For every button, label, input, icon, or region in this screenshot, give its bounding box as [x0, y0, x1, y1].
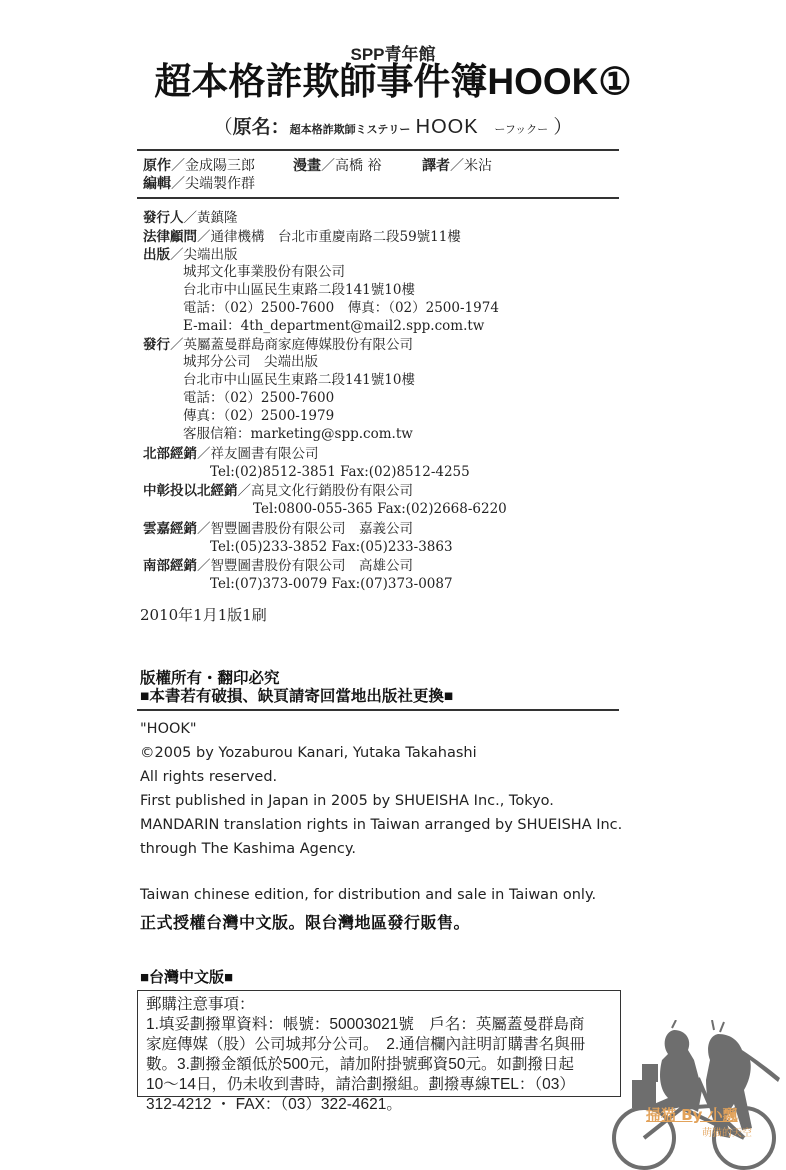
mail-order-line: 郵購注意事項：: [146, 995, 612, 1015]
distribute-line: 發行／英屬蓋曼群島商家庭傳媒股份有限公司: [143, 335, 413, 355]
original-title-hook: HOOK: [416, 116, 479, 138]
distributor-contact: Tel:0800-055-365 Fax:(02)2668-6220: [253, 500, 507, 519]
scanlation-watermark: 掃猫 By 小飄 萌猫的天空: [602, 1020, 786, 1170]
original-title-jp: 超本格詐欺師ミステリー: [290, 124, 411, 136]
credit-label: 漫畫: [293, 157, 321, 173]
distributor-chiayi: 雲嘉經銷／智豐圖書股份有限公司 嘉義公司: [143, 519, 413, 539]
copyright-line: through The Kashima Agency.: [140, 837, 356, 861]
distributor-contact: Tel:(05)233-3852 Fax:(05)233-3863: [210, 538, 453, 557]
distribute-detail: 電話：（02）2500-7600: [183, 389, 334, 408]
bicycle-silhouette-icon: [602, 1020, 786, 1170]
credit-label: 譯者: [422, 157, 450, 173]
original-title: （原名：超本格詐欺師ミステリー HOOK ーフックー ）: [0, 112, 786, 139]
divider: [137, 149, 619, 151]
distributor-south: 南部經銷／智豐圖書股份有限公司 高雄公司: [143, 556, 413, 576]
mail-order-line: 312-4212 ・ FAX：（03）322-4621。: [146, 1095, 612, 1115]
credit-manga: 漫畫／高橋 裕: [293, 156, 381, 175]
mail-order-heading: ■台灣中文版■: [140, 966, 233, 987]
original-title-kana: ーフックー: [494, 124, 548, 136]
distribute-detail: 城邦分公司 尖端出版: [183, 353, 318, 372]
divider: [137, 197, 619, 199]
credit-value: 尖端製作群: [185, 176, 255, 192]
mail-order-line: 數。3.劃撥金額低於500元，請加附掛號郵資50元。如劃撥日起: [146, 1055, 612, 1075]
publish-detail: 台北市中山區民生東路二段141號10樓: [183, 281, 415, 300]
distributor-north: 北部經銷／祥友圖書有限公司: [143, 444, 319, 464]
mail-order-line: 家庭傳媒（股）公司城邦分公司。 2.通信欄內註明訂購書名與冊: [146, 1035, 612, 1055]
credit-label: 編輯: [143, 175, 171, 191]
credit-value: 高橋 裕: [335, 158, 381, 174]
distributor-contact: Tel:(07)373-0079 Fax:(07)373-0087: [210, 575, 453, 594]
credit-label: 原作: [143, 157, 171, 173]
copyright-line: All rights reserved.: [140, 765, 277, 789]
publish-detail: 城邦文化事業股份有限公司: [183, 263, 345, 282]
distributor-central: 中彰投以北經銷／高見文化行銷股份有限公司: [143, 481, 413, 501]
issuer-line: 發行人／黃鎮隆: [143, 208, 238, 228]
divider: [137, 709, 619, 711]
legal-line: 法律顧問／通律機構 台北市重慶南路二段59號11樓: [143, 227, 461, 247]
distribute-email: 客服信箱：marketing@spp.com.tw: [183, 425, 413, 444]
paren-open: （: [214, 117, 233, 138]
mail-order-line: 10～14日，仍未收到書時，請洽劃撥組。劃撥專線TEL：（03）: [146, 1075, 612, 1095]
copyright-line: MANDARIN translation rights in Taiwan ar…: [140, 813, 622, 837]
original-title-label: 原名：: [233, 117, 290, 138]
copyright-line: "HOOK": [140, 717, 197, 741]
copyright-line: ©2005 by Yozaburou Kanari, Yutaka Takaha…: [140, 741, 477, 765]
credit-editor: 編輯／尖端製作群: [143, 174, 255, 193]
credit-translator: 譯者／米沾: [422, 156, 492, 175]
credit-value: 米沾: [464, 158, 492, 174]
taiwan-edition-en: Taiwan chinese edition, for distribution…: [140, 883, 596, 907]
paren-close: ）: [553, 117, 572, 138]
credit-value: 金成陽三郎: [185, 158, 255, 174]
distributor-contact: Tel:(02)8512-3851 Fax:(02)8512-4255: [210, 463, 470, 482]
credit-original: 原作／金成陽三郎: [143, 156, 255, 175]
watermark-credit: 掃猫 By 小飄: [646, 1104, 738, 1125]
publish-detail: 電話：（02）2500-7600 傳真：（02）2500-1974: [183, 299, 499, 318]
watermark-subtitle: 萌猫的天空: [702, 1124, 752, 1139]
edition-date: 2010年1月1版1刷: [140, 606, 267, 625]
mail-order-box: 郵購注意事項： 1.填妥劃撥單資料：帳號：50003021號 戶名：英屬蓋曼群島…: [137, 990, 621, 1097]
distribute-detail: 傳真：（02）2500-1979: [183, 407, 334, 426]
damage-notice: ■本書若有破損、缺頁請寄回當地出版社更換■: [140, 684, 453, 706]
distribute-detail: 台北市中山區民生東路二段141號10樓: [183, 371, 415, 390]
taiwan-edition-zh: 正式授權台灣中文版。限台灣地區發行販售。: [140, 910, 470, 933]
book-title: 超本格詐欺師事件簿HOOK①: [0, 60, 786, 104]
copyright-line: First published in Japan in 2005 by SHUE…: [140, 789, 554, 813]
publish-email: E-mail：4th_department@mail2.spp.com.tw: [183, 317, 484, 336]
publish-line: 出版／尖端出版: [143, 245, 238, 265]
mail-order-line: 1.填妥劃撥單資料：帳號：50003021號 戶名：英屬蓋曼群島商: [146, 1015, 612, 1035]
